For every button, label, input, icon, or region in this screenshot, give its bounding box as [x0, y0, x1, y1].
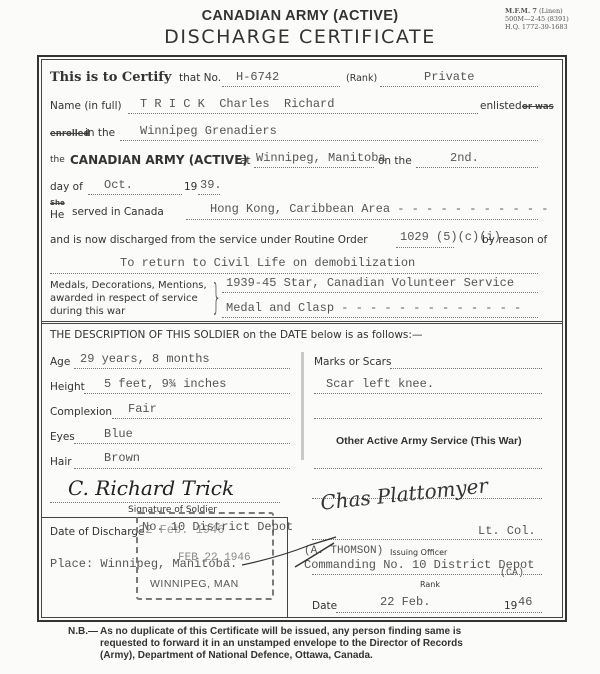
complexion-line	[112, 418, 290, 419]
by-reason-label: by reason of	[482, 234, 547, 246]
soldier-signature-line	[50, 502, 280, 503]
form-suffix: (Linen)	[539, 7, 563, 15]
at-label: at	[240, 155, 251, 167]
form-number-block: M.F.M. 7 (Linen) 500M—2-45 (8391) H.Q. 1…	[505, 7, 569, 31]
date-line	[336, 612, 542, 613]
date-value: 22 Feb.	[380, 595, 430, 609]
nb-text: As no duplicate of this Certificate will…	[100, 626, 500, 662]
unit-line	[120, 140, 538, 141]
nb-label: N.B.—	[68, 626, 98, 638]
date-label: Date	[312, 600, 337, 612]
name-line	[128, 113, 478, 114]
hq-code: H.Q. 1772-39-1683	[505, 23, 569, 31]
served-areas: Hong Kong, Caribbean Area - - - - - - - …	[210, 202, 548, 216]
age-label: Age	[50, 356, 70, 368]
medals-value-1: 1939-45 Star, Canadian Volunteer Service	[226, 276, 514, 290]
served-line	[186, 219, 538, 220]
year-prefix: 19	[184, 181, 197, 193]
soldier-signature: C. Richard Trick	[68, 476, 234, 500]
rank-value: Private	[424, 70, 474, 84]
reason-line	[50, 273, 538, 274]
hair-value: Brown	[104, 451, 140, 465]
enlisted-label: enlisted	[480, 100, 522, 112]
name-label: Name (in full)	[50, 100, 122, 112]
form-number: M.F.M. 7	[505, 7, 537, 15]
that-no-label: that No.	[179, 72, 221, 84]
eyes-line	[74, 443, 290, 444]
pronoun: He	[50, 209, 64, 221]
medals-value-2: Medal and Clasp - - - - - - - - - - - - …	[226, 301, 521, 315]
medals-label-2: awarded in respect of service	[50, 293, 198, 304]
hair-label: Hair	[50, 456, 72, 468]
age-value: 29 years, 8 months	[80, 352, 210, 366]
pen-stroke-icon	[240, 535, 340, 575]
date-year-prefix: 19	[504, 600, 517, 612]
enlistment-place: Winnipeg, Manitoba	[256, 151, 386, 165]
marks-line-3	[314, 418, 542, 419]
center-fold	[301, 352, 304, 460]
medals-label-3: during this war	[50, 306, 125, 317]
issuing-officer-label: Issuing Officer	[390, 548, 447, 557]
army-prefix: the	[50, 155, 65, 165]
rank-label: (Rank)	[346, 73, 377, 84]
date-year: 46	[518, 595, 532, 609]
enlistment-day: 2nd.	[450, 151, 479, 165]
year-line	[198, 194, 220, 195]
discharge-date-label: Date of Discharge	[50, 526, 145, 538]
rank-line	[380, 86, 538, 87]
service-number: H-6742	[236, 70, 279, 84]
she-struck: She	[50, 199, 65, 207]
hair-line	[74, 468, 290, 469]
position-line	[312, 574, 542, 575]
discharged-label: and is now discharged from the service u…	[50, 234, 368, 246]
place-line	[254, 167, 374, 168]
medals-label-1: Medals, Decorations, Mentions,	[50, 280, 207, 291]
certify-intro: This is to Certify	[50, 70, 171, 85]
day-of-label: day of	[50, 181, 83, 193]
height-value: 5 feet, 9¾ inches	[104, 377, 226, 391]
stamp-city: WINNIPEG, MAN	[150, 578, 239, 590]
print-code: 500M—2-45 (8391)	[505, 15, 569, 23]
medals-line-1	[222, 292, 538, 293]
complexion-value: Fair	[128, 402, 157, 416]
or-was-struck: or was	[522, 102, 554, 112]
number-line	[222, 86, 340, 87]
army-label: CANADIAN ARMY (ACTIVE)	[70, 153, 248, 167]
served-label: served in Canada	[72, 206, 164, 218]
in-the-label: in the	[85, 127, 115, 139]
full-name: T R I C K Charles Richard	[140, 97, 334, 111]
enrolled-struck: enrolled	[50, 129, 90, 139]
marks-label: Marks or Scars	[314, 356, 391, 368]
height-label: Height	[50, 381, 85, 393]
marks-line-1	[390, 368, 542, 369]
height-line	[84, 393, 290, 394]
age-line	[74, 368, 290, 369]
eyes-value: Blue	[104, 427, 133, 441]
officer-rank: Lt. Col.	[478, 524, 536, 538]
medals-divider	[42, 321, 562, 324]
description-heading: THE DESCRIPTION OF THIS SOLDIER on the D…	[50, 329, 422, 341]
marks-line-2	[314, 393, 542, 394]
medals-line-2	[222, 317, 538, 318]
enlistment-year: 39.	[200, 178, 222, 192]
eyes-label: Eyes	[50, 431, 75, 443]
enlistment-month: Oct.	[104, 178, 133, 192]
unit-value: Winnipeg Grenadiers	[140, 124, 277, 138]
on-the-label: on the	[378, 155, 412, 167]
routine-order-line	[396, 247, 454, 248]
day-line	[416, 167, 538, 168]
complexion-label: Complexion	[50, 406, 112, 418]
officer-rank-line	[312, 539, 542, 540]
rank-caption: Rank	[420, 580, 440, 589]
other-service-label: Other Active Army Service (This War)	[336, 435, 522, 447]
discharge-reason: To return to Civil Life on demobilizatio…	[120, 256, 415, 270]
month-line	[88, 194, 182, 195]
marks-value: Scar left knee.	[326, 377, 434, 391]
other-service-line	[314, 468, 542, 469]
stamp-depot: No. 10 District Depot	[142, 520, 293, 534]
medals-brace: }	[211, 280, 221, 316]
